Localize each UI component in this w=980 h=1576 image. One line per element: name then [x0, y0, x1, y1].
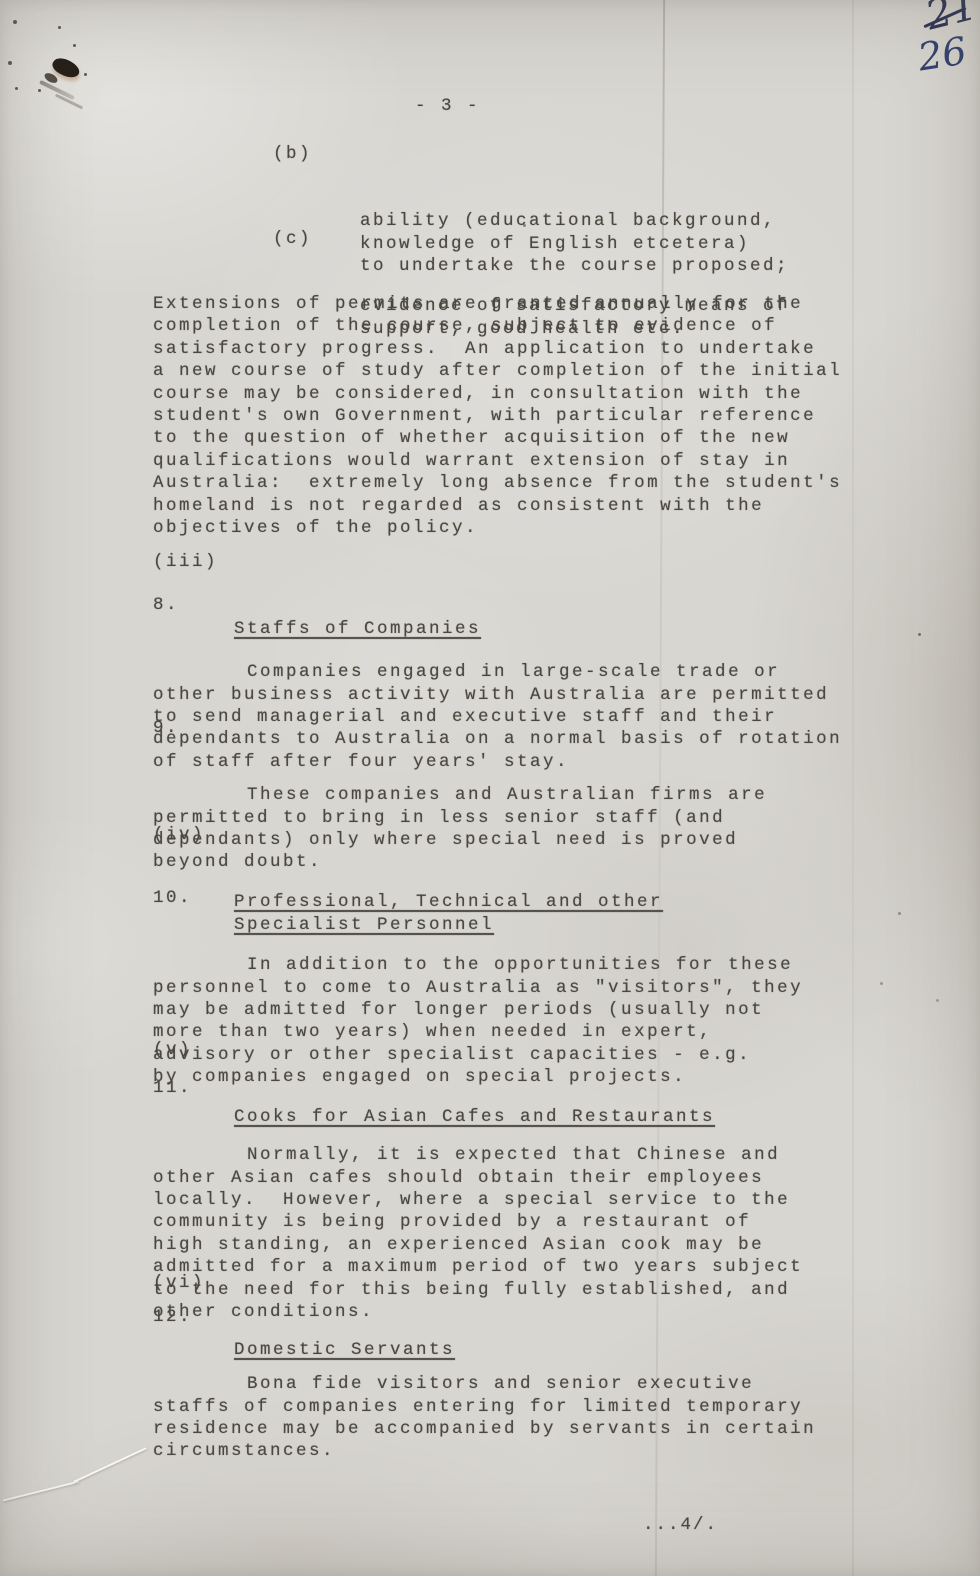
page-number: - 3 - — [415, 95, 480, 117]
handwritten-page-number: 26 — [915, 28, 970, 79]
dust-speck — [936, 999, 939, 1002]
dust-speck — [8, 61, 12, 65]
scanned-document-page: 21 26 - 3 - (b) ability (educational bac… — [0, 0, 980, 1576]
dust-speck — [918, 633, 921, 636]
paragraph-number: 10. — [153, 887, 192, 909]
list-item-label: (b) — [273, 143, 312, 165]
dust-speck — [15, 87, 18, 90]
paragraph-number: 12. — [153, 1306, 192, 1328]
paragraph-number: 9. — [153, 717, 179, 739]
section-label: (iii) — [153, 551, 218, 573]
paragraph-number: 11. — [153, 1077, 192, 1099]
dust-speck — [73, 44, 76, 47]
dust-speck — [38, 89, 41, 92]
paragraph-text: Bona fide visitors and senior executive … — [153, 1373, 868, 1463]
dust-speck — [58, 26, 61, 29]
dust-speck — [13, 20, 17, 24]
section-label: (iv) — [153, 824, 205, 846]
dust-speck — [523, 224, 526, 227]
list-item-label: (c) — [273, 228, 312, 250]
dust-speck — [84, 73, 87, 76]
dust-speck — [880, 982, 883, 985]
paragraph-12: 12. Bona fide visitors and senior execut… — [153, 1306, 868, 1508]
section-label: (vi) — [153, 1272, 205, 1294]
dust-speck — [898, 912, 901, 915]
continuation-mark: ...4/. — [643, 1514, 718, 1536]
intro-paragraph: Extensions of permits are granted annual… — [153, 293, 868, 539]
section-label: (v) — [153, 1039, 192, 1061]
paragraph-number: 8. — [153, 594, 179, 616]
